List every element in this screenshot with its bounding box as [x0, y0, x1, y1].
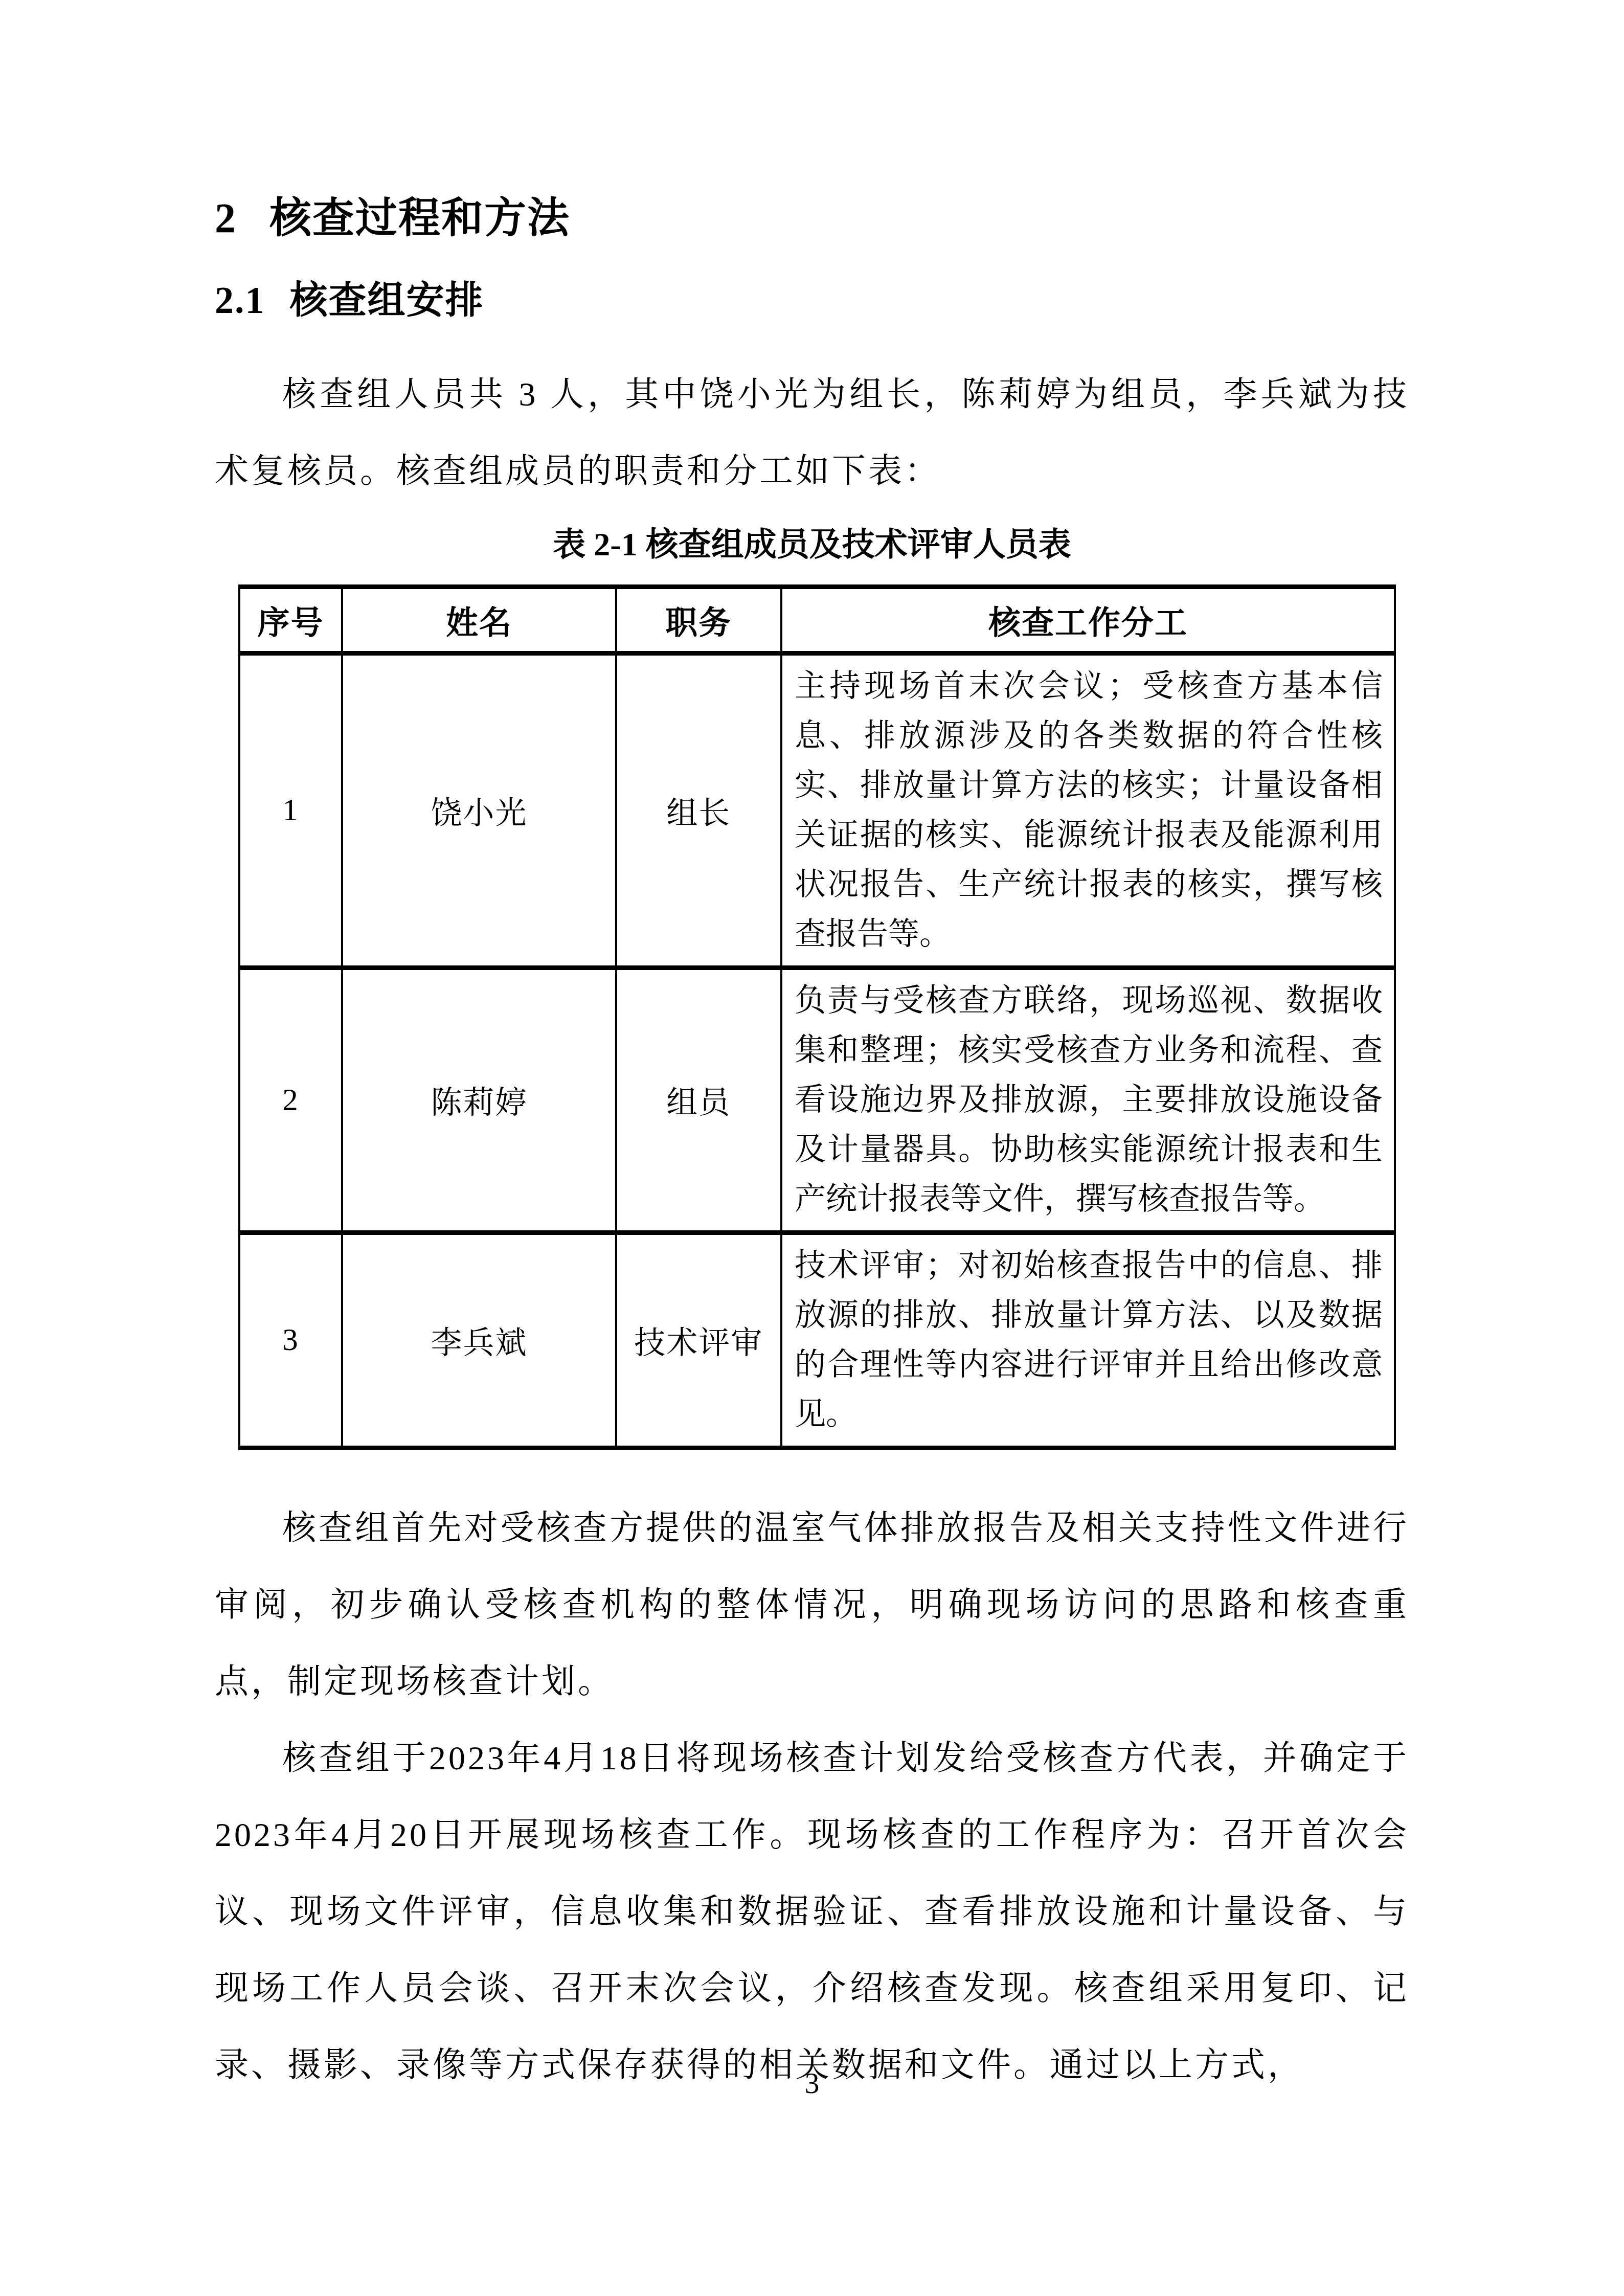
review-paragraph: 核查组首先对受核查方提供的温室气体排放报告及相关支持性文件进行审阅，初步确认受核… — [215, 1490, 1409, 1720]
section-heading-number: 2 — [215, 195, 237, 241]
row-name-cell: 饶小光 — [342, 654, 616, 968]
table-row: 1 饶小光 组长 主持现场首末次会议；受核查方基本信息、排放源涉及的各类数据的符… — [239, 654, 1395, 968]
document-page: 2核查过程和方法 2.1核查组安排 核查组人员共 3 人，其中饶小光为组长，陈莉… — [0, 0, 1624, 2296]
row-no-cell: 3 — [239, 1233, 342, 1448]
row-role-cell: 技术评审 — [616, 1233, 781, 1448]
row-name-cell: 李兵斌 — [342, 1233, 616, 1448]
row-no-cell: 1 — [239, 654, 342, 968]
table-header-row: 序号 姓名 职务 核查工作分工 — [239, 587, 1395, 654]
header-cell-no: 序号 — [239, 587, 342, 654]
page-number: 3 — [0, 2066, 1624, 2100]
header-cell-duty: 核查工作分工 — [781, 587, 1395, 654]
subsection-heading-number: 2.1 — [215, 280, 265, 322]
intro-paragraph: 核查组人员共 3 人，其中饶小光为组长，陈莉婷为组员，李兵斌为技术复核员。核查组… — [215, 356, 1409, 510]
row-duty-cell: 技术评审；对初始核查报告中的信息、排放源的排放、排放量计算方法、以及数据的合理性… — [781, 1233, 1395, 1448]
subsection-heading-title: 核查组安排 — [290, 280, 484, 322]
subsection-heading: 2.1核查组安排 — [215, 279, 1409, 323]
header-cell-role: 职务 — [616, 587, 781, 654]
section-heading: 2核查过程和方法 — [215, 194, 1409, 242]
row-duty-cell: 主持现场首末次会议；受核查方基本信息、排放源涉及的各类数据的符合性核实、排放量计… — [781, 654, 1395, 968]
section-heading-title: 核查过程和方法 — [269, 195, 570, 241]
row-duty-cell: 负责与受核查方联络，现场巡视、数据收集和整理；核实受核查方业务和流程、查看设施边… — [781, 968, 1395, 1233]
row-name-cell: 陈莉婷 — [342, 968, 616, 1233]
team-table: 序号 姓名 职务 核查工作分工 1 饶小光 组长 主持现场首末次会议；受核查方基… — [238, 584, 1396, 1450]
site-visit-paragraph: 核查组于2023年4月18日将现场核查计划发给受核查方代表，并确定于2023年4… — [215, 1720, 1409, 2104]
table-caption: 表 2-1 核查组成员及技术评审人员表 — [215, 519, 1409, 570]
row-no-cell: 2 — [239, 968, 342, 1233]
row-role-cell: 组长 — [616, 654, 781, 968]
row-role-cell: 组员 — [616, 968, 781, 1233]
table-row: 2 陈莉婷 组员 负责与受核查方联络，现场巡视、数据收集和整理；核实受核查方业务… — [239, 968, 1395, 1233]
table-row: 3 李兵斌 技术评审 技术评审；对初始核查报告中的信息、排放源的排放、排放量计算… — [239, 1233, 1395, 1448]
page-content: 2核查过程和方法 2.1核查组安排 核查组人员共 3 人，其中饶小光为组长，陈莉… — [215, 194, 1409, 2104]
header-cell-name: 姓名 — [342, 587, 616, 654]
